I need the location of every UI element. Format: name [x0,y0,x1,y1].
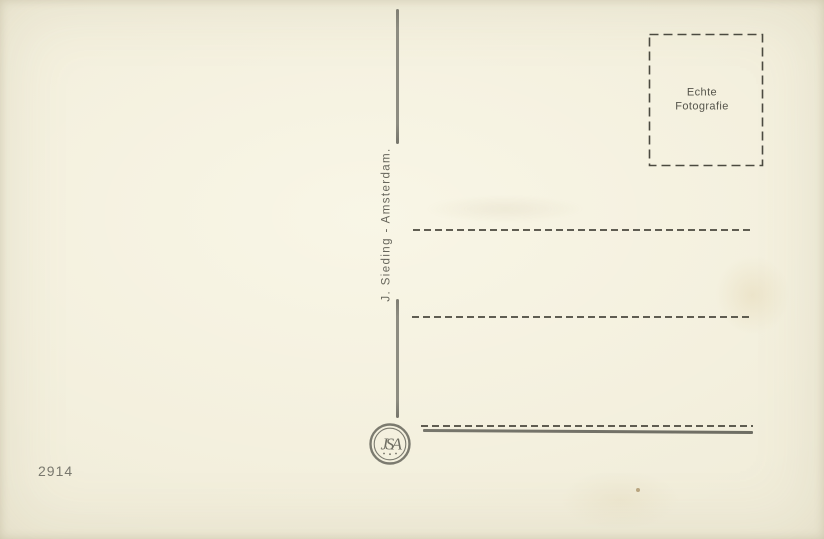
card-number: 2914 [38,463,73,479]
paper-stain [560,470,680,530]
jsa-monogram-icon: JSA [367,421,413,467]
stamp-box-text-line1: Echte [648,85,756,99]
address-line-1 [413,229,752,231]
address-line-3 [421,425,753,427]
stamp-box: Echte Fotografie [648,33,764,167]
address-line-2 [412,316,750,318]
paper-stain [715,255,790,335]
stamp-box-text: Echte Fotografie [648,85,756,113]
publisher-imprint: J. Sieding - Amsterdam. [381,140,396,310]
paper-speck [636,488,640,492]
divider-line-top [396,9,399,144]
address-rule-solid [423,429,753,434]
logo-monogram-text: JSA [381,435,403,454]
ink-ghost-smudge [425,195,585,223]
divider-line-bottom [396,299,399,418]
postcard-back: J. Sieding - Amsterdam. Echte Fotografie… [0,0,824,539]
stamp-box-text-line2: Fotografie [648,99,756,113]
publisher-logo: JSA [367,421,413,467]
